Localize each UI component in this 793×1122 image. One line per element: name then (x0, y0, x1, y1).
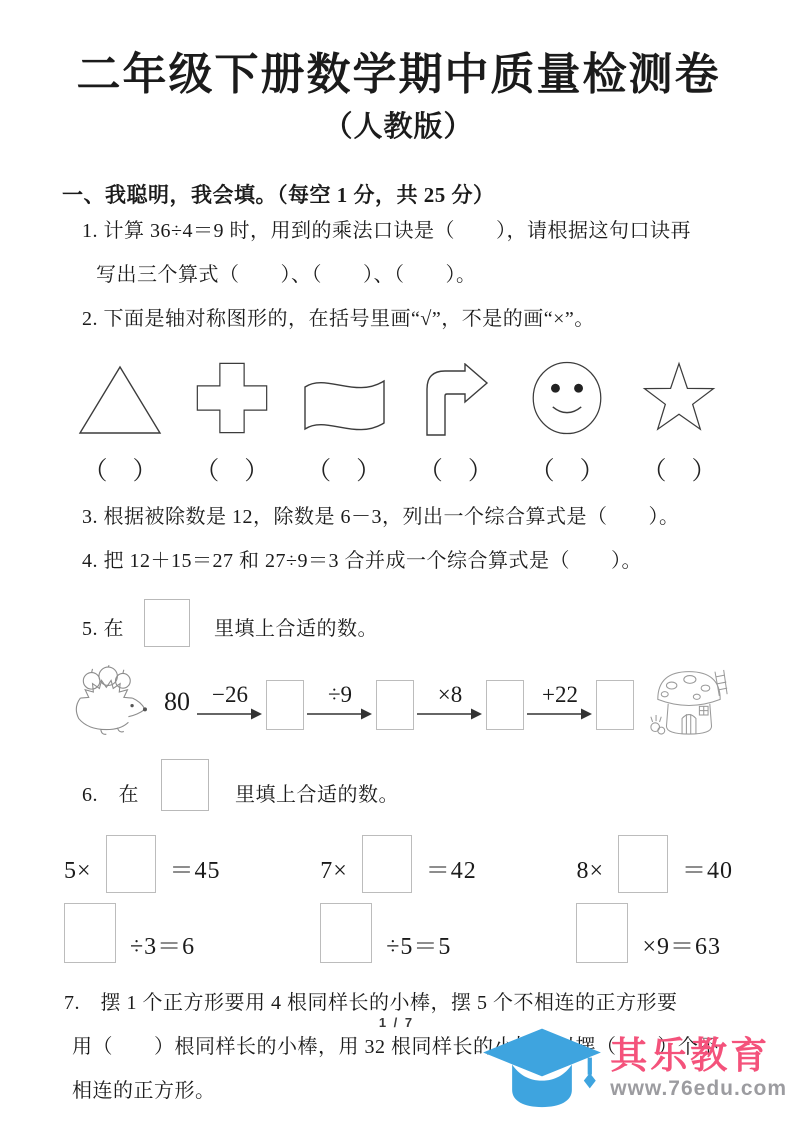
equation-8x: 8× ＝40 (576, 835, 733, 893)
chain-box-3 (486, 680, 524, 730)
equation-answer-box (64, 903, 116, 963)
equation-column-3: 8× ＝40 ×9＝63 (576, 835, 733, 963)
equation-div3: ÷3＝6 (64, 903, 221, 963)
brand-logo: 其乐教育 www.76edu.com (478, 1025, 787, 1114)
chain-box-1 (266, 680, 304, 730)
arrow-right-icon (197, 707, 263, 721)
question-5-answer-box (144, 599, 190, 647)
five-pointed-star-shape (629, 359, 729, 437)
answer-paren-3: （ ） (294, 451, 394, 487)
smiley-face-shape (517, 359, 617, 437)
question-5: 5. 在 里填上合适的数。 (82, 599, 735, 649)
equation-column-2: 7× ＝42 ÷5＝5 (320, 835, 477, 963)
question-6-equations: 5× ＝45 ÷3＝6 7× ＝42 ÷5＝5 8× (64, 835, 733, 963)
equation-answer-box (576, 903, 628, 963)
equation-answer-box (618, 835, 668, 893)
answer-paren-1: （ ） (70, 451, 170, 487)
chain-op-plus22: +22 (542, 683, 578, 707)
chain-op-mul8: ×8 (438, 683, 462, 707)
answer-paren-2: （ ） (182, 451, 282, 487)
question-5-chain: 80 −26 ÷9 ×8 +22 (64, 663, 735, 741)
question-5-prefix: 5. 在 (82, 609, 124, 649)
brand-text-block: 其乐教育 www.76edu.com (610, 1037, 787, 1101)
worksheet-page: 二年级下册数学期中质量检测卷 （人教版） 一、我聪明，我会填。（每空 1 分，共… (0, 0, 793, 1122)
turn-right-arrow-shape (405, 363, 505, 437)
equation-5x: 5× ＝45 (64, 835, 221, 893)
chain-op-div9: ÷9 (328, 683, 352, 707)
question-6-prefix: 6. 在 (82, 775, 139, 815)
equation-answer-box (362, 835, 412, 893)
symmetry-answer-row: （ ） （ ） （ ） （ ） （ ） （ ） (70, 451, 729, 487)
section-one-heading: 一、我聪明，我会填。（每空 1 分，共 25 分） (62, 179, 735, 209)
question-3: 3. 根据被除数是 12，除数是 6－3，列出一个综合算式是（ ）。 (82, 495, 735, 539)
question-4-text: 4. 把 12＋15＝27 和 27÷9＝3 合并成一个综合算式是（ ）。 (82, 539, 735, 583)
equation-suffix: ＝42 (426, 859, 477, 893)
equation-answer-box (320, 903, 372, 963)
equation-suffix: ＝40 (682, 859, 733, 893)
chain-arrow-2: ÷9 (304, 683, 376, 721)
equation-suffix: ÷3＝6 (130, 935, 195, 963)
question-5-suffix: 里填上合适的数。 (214, 609, 378, 649)
page-subtitle: （人教版） (62, 104, 735, 145)
wavy-flag-shape (294, 371, 394, 437)
answer-paren-4: （ ） (405, 451, 505, 487)
question-6-answer-box (161, 759, 209, 811)
hedgehog-illustration (64, 665, 156, 739)
question-2: 2. 下面是轴对称图形的，在括号里画“√”，不是的画“×”。 (82, 297, 735, 341)
equation-column-1: 5× ＝45 ÷3＝6 (64, 835, 221, 963)
chain-box-2 (376, 680, 414, 730)
equation-mul9: ×9＝63 (576, 903, 733, 963)
answer-paren-6: （ ） (629, 451, 729, 487)
question-6: 6. 在 里填上合适的数。 (82, 759, 735, 815)
equation-suffix: ÷5＝5 (386, 935, 451, 963)
equation-prefix: 7× (320, 859, 348, 893)
question-6-suffix: 里填上合适的数。 (235, 775, 399, 815)
triangle-shape (70, 361, 170, 437)
plus-cross-shape (182, 359, 282, 437)
mushroom-house-illustration (644, 663, 734, 741)
chain-start-value: 80 (164, 687, 190, 717)
chain-op-minus26: −26 (212, 683, 248, 707)
chain-arrow-4: +22 (524, 683, 596, 721)
equation-prefix: 5× (64, 859, 92, 893)
arrow-right-icon (417, 707, 483, 721)
brand-url: www.76edu.com (610, 1076, 787, 1101)
symmetry-shapes-row (70, 357, 729, 437)
equation-div5: ÷5＝5 (320, 903, 477, 963)
chain-box-4 (596, 680, 634, 730)
graduation-cap-icon (478, 1025, 606, 1114)
equation-answer-box (106, 835, 156, 893)
equation-prefix: 8× (576, 859, 604, 893)
arrow-right-icon (307, 707, 373, 721)
question-1-line2: 写出三个算式（ ）、（ ）、（ ）。 (96, 253, 735, 297)
page-title: 二年级下册数学期中质量检测卷 (62, 38, 735, 102)
question-1: 1. 计算 36÷4＝9 时，用到的乘法口诀是（ ），请根据这句口诀再 写出三个… (82, 209, 735, 297)
question-1-line1: 1. 计算 36÷4＝9 时，用到的乘法口诀是（ ），请根据这句口诀再 (82, 209, 735, 253)
question-3-text: 3. 根据被除数是 12，除数是 6－3，列出一个综合算式是（ ）。 (82, 495, 735, 539)
question-4: 4. 把 12＋15＝27 和 27÷9＝3 合并成一个综合算式是（ ）。 (82, 539, 735, 583)
answer-paren-5: （ ） (517, 451, 617, 487)
arrow-right-icon (527, 707, 593, 721)
equation-7x: 7× ＝42 (320, 835, 477, 893)
brand-name: 其乐教育 (610, 1037, 787, 1076)
chain-arrow-1: −26 (194, 683, 266, 721)
chain-arrow-3: ×8 (414, 683, 486, 721)
equation-suffix: ＝45 (170, 859, 221, 893)
equation-suffix: ×9＝63 (642, 935, 721, 963)
question-2-text: 2. 下面是轴对称图形的，在括号里画“√”，不是的画“×”。 (82, 297, 735, 341)
